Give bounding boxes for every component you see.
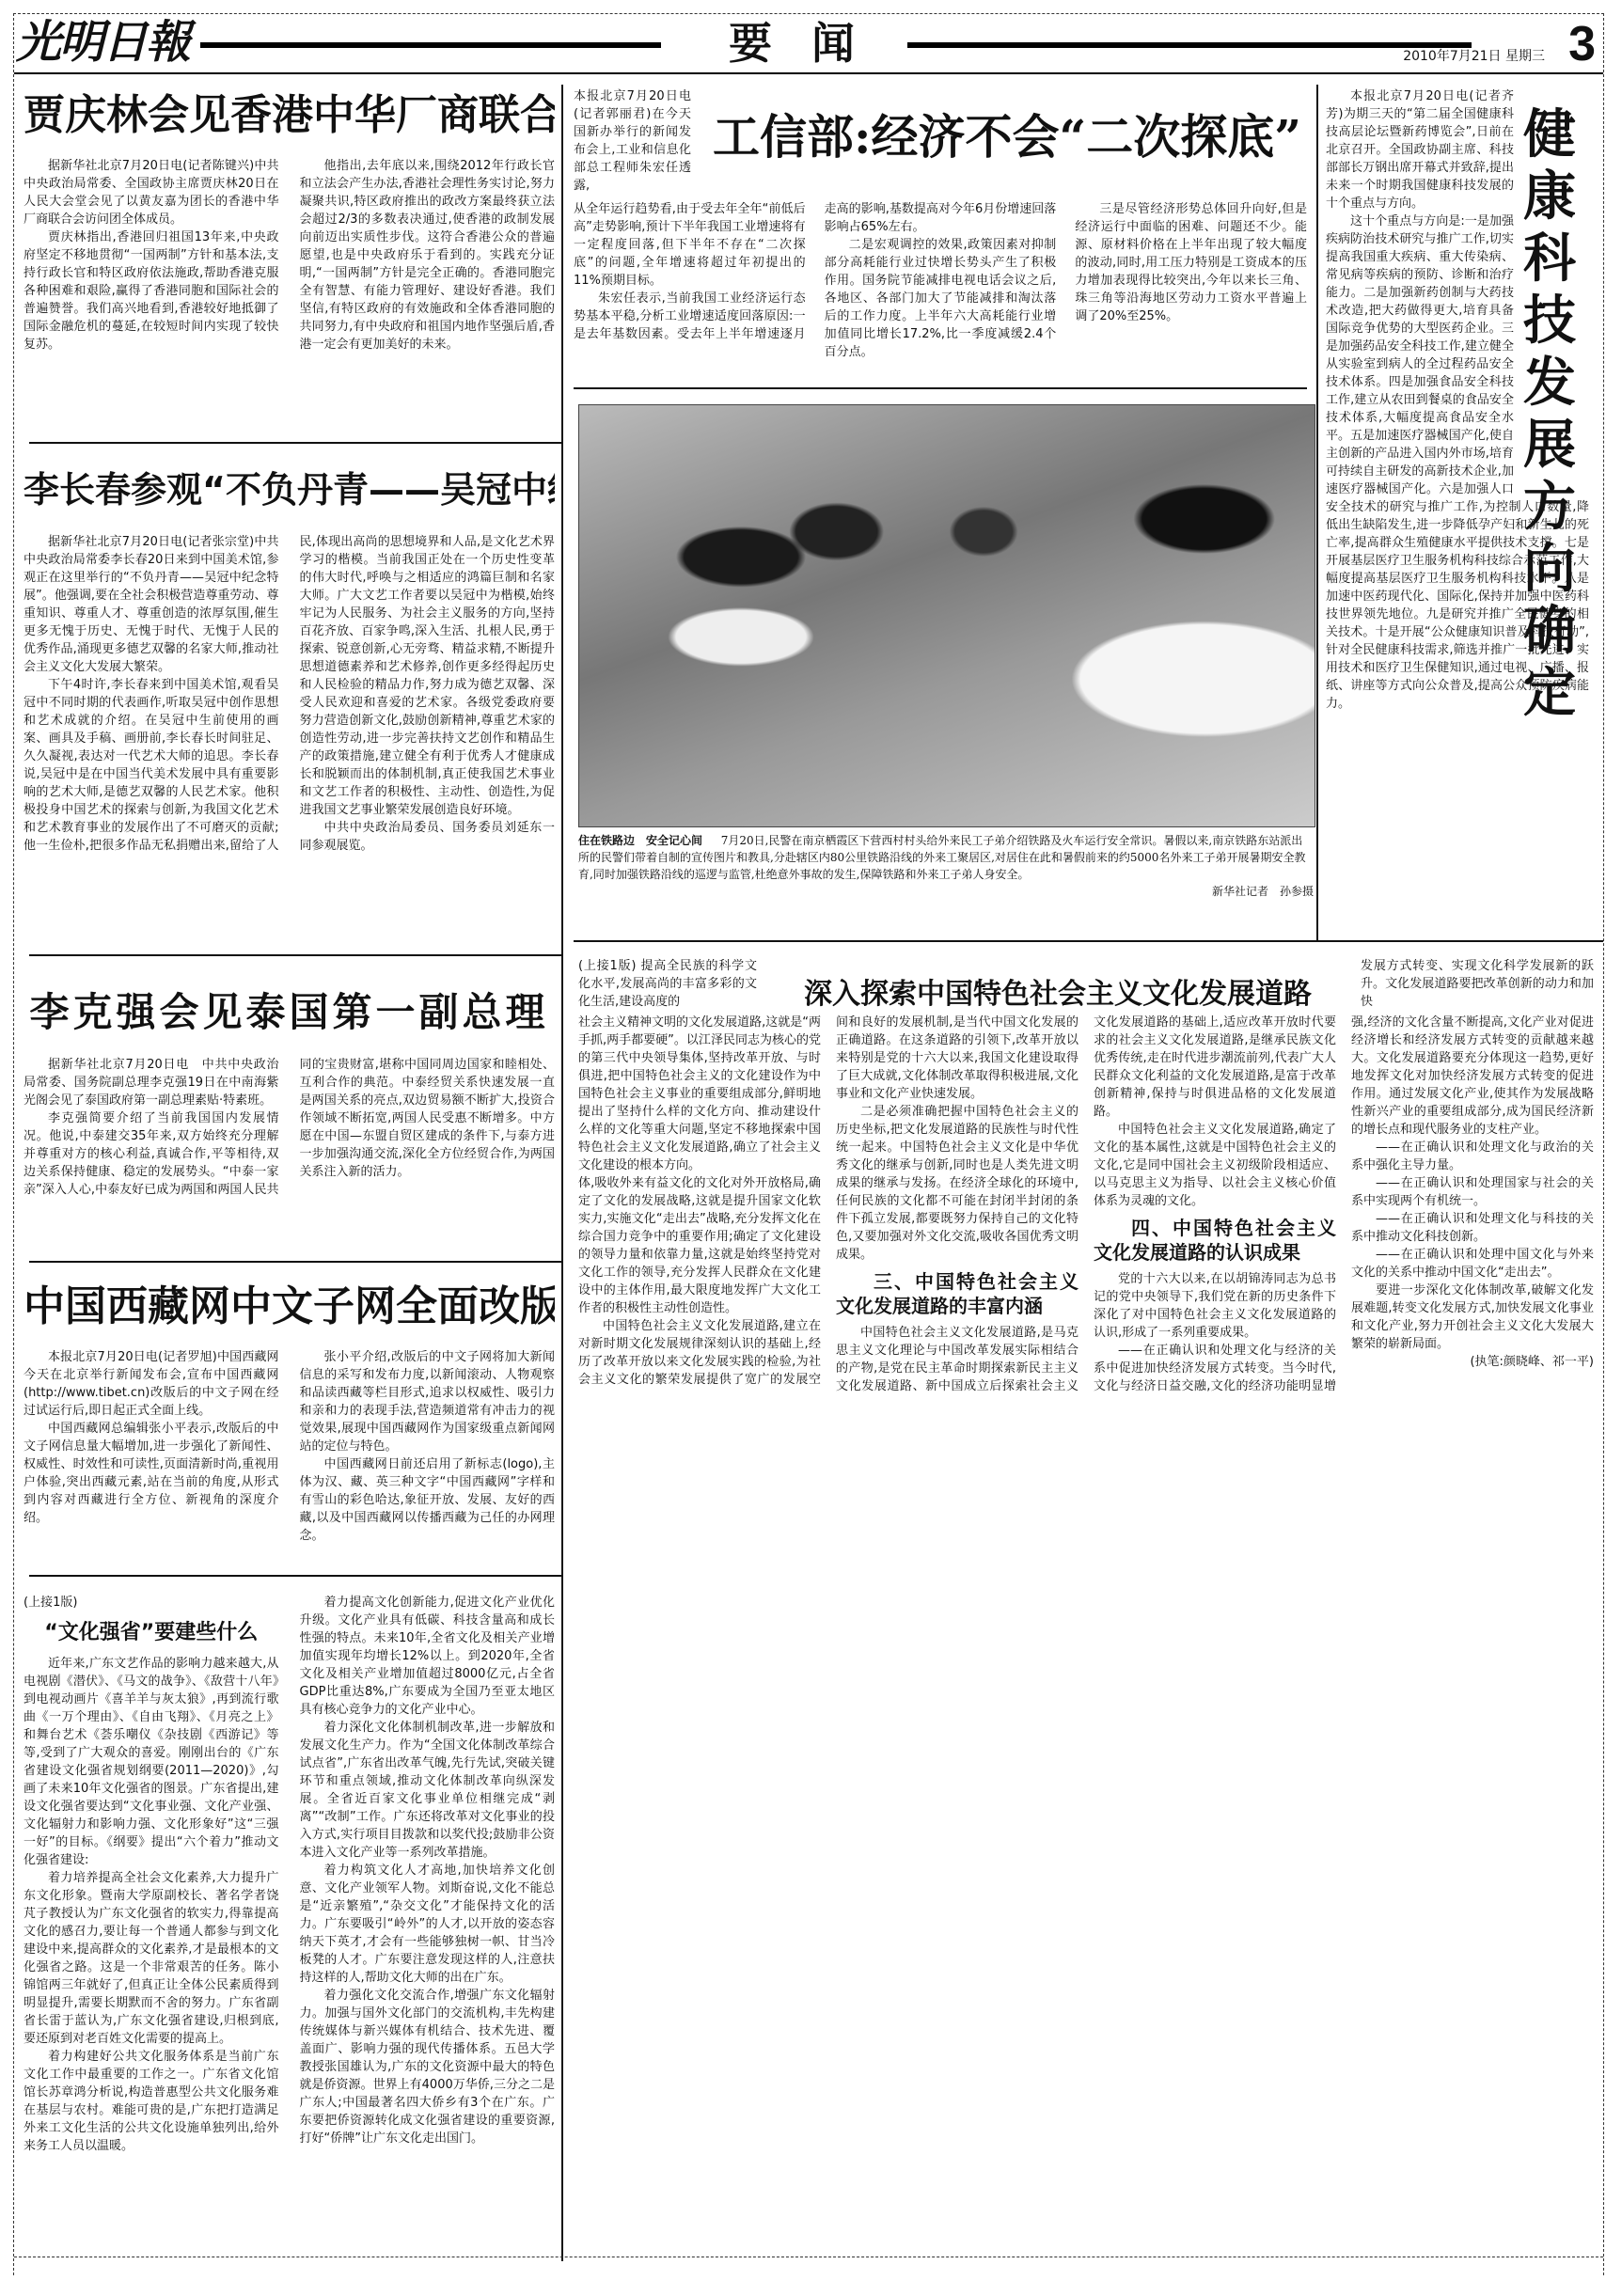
masthead: 光明日報 要闻 2010年7月21日 星期三 3 — [14, 14, 1603, 74]
paragraph: 张小平介绍,改版后的中文子网将加大新闻信息的采写和发布力度,以新闻滚动、人物观察… — [300, 1348, 556, 1455]
paragraph: 着力构筑文化人才高地,加快培养文化创意、文化产业领军人物。刘斯奋说,文化不能总是… — [300, 1862, 556, 1987]
paragraph: 中国特色社会主义文化发展道路,确定了文化的基本属性,这就是中国特色社会主义的文化… — [1094, 1121, 1336, 1210]
paragraph: 贾庆林指出,香港回归祖国13年来,中央政府坚定不移地贯彻“一国两制”方针和基本法… — [24, 228, 279, 354]
paragraph: 社会主义精神文明的文化发展道路,这就是“两手抓,两手都要硬”。以江泽民同志为核心… — [578, 1014, 821, 1174]
article-guangdong-culture: (上接1版) “文化强省”要建些什么 近年来,广东文艺作品的影响力越来越大,从电… — [24, 1594, 555, 2252]
paragraph: 中共中央政治局委员、国务委员刘延东一同参观展览。 — [300, 819, 556, 855]
paragraph: ——在正确认识和处理文化与政治的关系中强化主导力量。 — [1351, 1139, 1594, 1174]
paragraph: 从全年运行趋势看,由于受去年全年“前低后高”走势影响,预计下半年我国工业增速将有… — [574, 200, 806, 290]
byline: (执笔:颜晓峰、祁一平) — [1351, 1353, 1594, 1371]
paragraph: 着力培养提高全社会文化素养,大力提升广东文化形象。暨南大学原副校长、著名学者饶芃… — [24, 1869, 279, 2048]
paragraph: 二是宏观调控的效果,政策因素对抑制部分高耗能行业过快增长势头产生了积极作用。国务… — [825, 236, 1057, 361]
article-li-changchun: 李长春参观“不负丹青——吴冠中纪念特展” 据新华社北京7月20日电(记者张宗堂)… — [24, 464, 555, 926]
paragraph: 他指出,去年底以来,围绕2012年行政长官和立法会产生办法,香港社会理性务实讨论… — [300, 157, 556, 354]
newspaper-page: 光明日報 要闻 2010年7月21日 星期三 3 贾庆林会见香港中华厂商联合会访… — [13, 13, 1604, 2275]
photo-credit: 新华社记者 孙参摄 — [578, 883, 1314, 900]
divider — [29, 954, 561, 956]
newspaper-logo: 光明日報 — [16, 16, 189, 69]
paragraph: 三是尽管经济形势总体回升向好,但是经济运行中面临的困难、问题还不少。能源、原材料… — [1075, 200, 1307, 325]
headline[interactable]: 李长春参观“不负丹青——吴冠中纪念特展” — [24, 464, 555, 516]
news-photo — [578, 404, 1315, 827]
sidebar-lead: 发展方式转变、实现文化科学发展新的跃升。文化发展道路要把改革创新的动力和加快 — [1361, 957, 1594, 1011]
paragraph: 中国西藏网总编辑张小平表示,改版后的中文子网信息量大幅增加,进一步强化了新闻性、… — [24, 1420, 279, 1527]
paragraph: 据新华社北京7月20日电(记者张宗堂)中共中央政治局常委李长春20日来到中国美术… — [24, 533, 279, 676]
paragraph: ——在正确认识和处理中国文化与外来文化的关系中推动中国文化“走出去”。 — [1351, 1246, 1594, 1282]
paragraph: 本报北京7月20日电(记者罗旭)中国西藏网今天在北京举行新闻发布会,宣布中国西藏… — [24, 1348, 279, 1420]
paragraph: 据新华社北京7月20日电(记者陈键兴)中共中央政治局常委、全国政协主席贾庆林20… — [24, 157, 279, 228]
column-divider — [561, 85, 563, 2261]
masthead-rule-right — [907, 42, 1472, 48]
paragraph: 近年来,广东文艺作品的影响力越来越大,从电视剧《潜伏》、《马文的战争》、《敌营十… — [24, 1655, 279, 1869]
paragraph: 要进一步深化文化体制改革,破解文化发展难题,转变文化发展方式,加快发展文化事业和… — [1351, 1282, 1594, 1353]
paragraph: 着力构建好公共文化服务体系是当前广东文化工作中最重要的工作之一。广东省文化馆馆长… — [24, 2048, 279, 2155]
issue-date: 2010年7月21日 星期三 — [1403, 48, 1545, 65]
page-bottom-border — [14, 2257, 1603, 2257]
paragraph: 着力强化文化交流合作,增强广东文化辐射力。加强与国外文化部门的交流机构,丰先构建… — [300, 1987, 556, 2147]
headline-vertical[interactable]: 健康科技发展方向确定 — [1519, 103, 1581, 724]
article-li-keqiang: 李克强会见泰国第一副总理 据新华社北京7月20日电 中共中央政治局常委、国务院副… — [24, 983, 555, 1234]
section-heading-4: 四、中国特色社会主义文化发展道路的认识成果 — [1094, 1216, 1336, 1265]
lead-paragraph: 本报北京7月20日电(记者郭丽君)在今天国新办举行的新闻发布会上,工业和信息化部… — [574, 87, 691, 195]
headline[interactable]: “文化强省”要建些什么 — [24, 1617, 279, 1649]
continued-label: (上接1版) — [24, 1594, 279, 1612]
divider — [29, 1575, 561, 1577]
masthead-rule-left — [200, 42, 661, 48]
paragraph: ——在正确认识和处理国家与社会的关系中实现两个有机统一。 — [1351, 1174, 1594, 1210]
headline[interactable]: 贾庆林会见香港中华厂商联合会访问团 — [24, 87, 555, 144]
divider — [29, 442, 561, 444]
paragraph: 着力深化文化体制机制改革,进一步解放和发展文化生产力。作为“全国文化体制改革综合… — [300, 1719, 556, 1862]
paragraph: ——在正确认识和处理文化与科技的关系中推动文化科技创新。 — [1351, 1210, 1594, 1246]
paragraph: 党的十六大以来,在以胡锦涛同志为总书记的党中央领导下,我们党在新的历史条件下深化… — [1094, 1270, 1336, 1342]
paragraph: 二是必须准确把握中国特色社会主义的历史坐标,把文化发展道路的民族性与时代性统一起… — [836, 1103, 1079, 1264]
article-jia-qinglin: 贾庆林会见香港中华厂商联合会访问团 据新华社北京7月20日电(记者陈键兴)中共中… — [24, 87, 555, 409]
article-tibet-net: 中国西藏网中文子网全面改版 本报北京7月20日电(记者罗旭)中国西藏网今天在北京… — [24, 1279, 555, 1546]
headline[interactable]: 中国西藏网中文子网全面改版 — [24, 1279, 555, 1335]
headline[interactable]: 工信部:经济不会“二次探底” — [713, 108, 1301, 166]
paragraph: 着力提高文化创新能力,促进文化产业优化升级。文化产业具有低碳、科技含量高和成长性… — [300, 1594, 556, 1719]
page-number: 3 — [1568, 18, 1596, 71]
caption-title: 住在铁路边 安全记心间 — [578, 834, 702, 847]
column-divider — [1316, 85, 1318, 940]
divider — [29, 1261, 561, 1263]
paragraph: 中国西藏网日前还启用了新标志(logo),主体为汉、藏、英三种文字“中国西藏网”… — [300, 1455, 556, 1545]
photo-caption: 住在铁路边 安全记心间 7月20日,民警在南京栖霞区下营西村村头给外来民工子弟介… — [578, 832, 1314, 900]
divider — [574, 387, 1307, 389]
paragraph: 据新华社北京7月20日电 中共中央政治局常委、国务院副总理李克强19日在中南海紫… — [24, 1056, 279, 1109]
section-heading-3: 三、中国特色社会主义文化发展道路的丰富内涵 — [836, 1269, 1079, 1318]
lead-paragraph: (上接1版) 提高全民族的科学文化水平,发展高尚的丰富多彩的文化生活,建设高度的 — [578, 957, 757, 1011]
section-name: 要闻 — [729, 16, 894, 71]
paragraph: 体,吸收外来有益文化的文化对外开放格局,确定了文化的发展战略,这就是提升国家文化… — [578, 1174, 821, 1317]
headline[interactable]: 李克强会见泰国第一副总理 — [24, 983, 555, 1043]
divider — [574, 940, 1603, 942]
headline[interactable]: 深入探索中国特色社会主义文化发展道路 — [804, 976, 1312, 1014]
